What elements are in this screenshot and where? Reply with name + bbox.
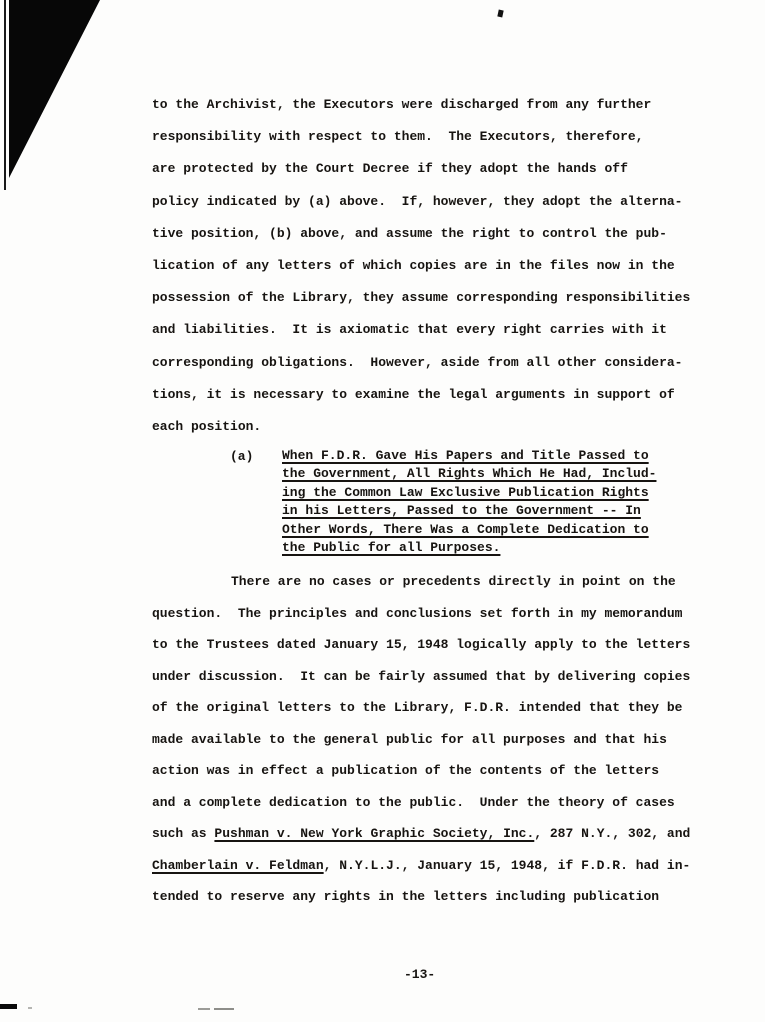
text-line: to the Trustees dated January 15, 1948 l… <box>152 629 690 661</box>
text-segment: to the Trustees dated January 15, 1948 l… <box>152 637 690 652</box>
paragraph-2: There are no cases or precedents directl… <box>152 566 690 913</box>
paragraph-1: to the Archivist, the Executors were dis… <box>152 89 690 443</box>
section-heading-text: When F.D.R. Gave His Papers and Title Pa… <box>282 447 656 557</box>
scan-artifact-dash <box>0 1004 17 1009</box>
scan-artifact-dash <box>198 1008 210 1010</box>
text-line: Chamberlain v. Feldman, N.Y.L.J., Januar… <box>152 850 690 882</box>
text-line: When F.D.R. Gave His Papers and Title Pa… <box>282 447 656 465</box>
scan-corner-fold <box>0 0 120 200</box>
text-line: and liabilities. It is axiomatic that ev… <box>152 314 690 346</box>
text-line: are protected by the Court Decree if the… <box>152 153 690 185</box>
text-line: to the Archivist, the Executors were dis… <box>152 89 690 121</box>
text-segment: made available to the general public for… <box>152 732 667 747</box>
text-segment: There are no cases or precedents directl… <box>231 574 676 589</box>
text-segment: and a complete dedication to the public.… <box>152 795 675 810</box>
section-heading-a: (a) When F.D.R. Gave His Papers and Titl… <box>230 447 656 557</box>
text-line: the Public for all Purposes. <box>282 539 656 557</box>
scan-speck <box>497 10 503 18</box>
text-line: policy indicated by (a) above. If, howev… <box>152 186 690 218</box>
document-page: to the Archivist, the Executors were dis… <box>0 0 765 1022</box>
text-line: and a complete dedication to the public.… <box>152 787 690 819</box>
text-line: of the original letters to the Library, … <box>152 692 690 724</box>
text-segment: such as <box>152 826 214 841</box>
text-segment: question. The principles and conclusions… <box>152 606 683 621</box>
text-line: each position. <box>152 411 690 443</box>
text-line: There are no cases or precedents directl… <box>152 566 690 598</box>
page-number: -13- <box>404 967 435 982</box>
case-citation: Pushman v. New York Graphic Society, Inc… <box>214 826 534 841</box>
text-line: lication of any letters of which copies … <box>152 250 690 282</box>
text-line: Other Words, There Was a Complete Dedica… <box>282 521 656 539</box>
text-line: possession of the Library, they assume c… <box>152 282 690 314</box>
text-line: tended to reserve any rights in the lett… <box>152 881 690 913</box>
text-segment: , 287 N.Y., 302, and <box>534 826 690 841</box>
scan-artifact-dash <box>214 1008 234 1010</box>
text-line: under discussion. It can be fairly assum… <box>152 661 690 693</box>
text-segment: of the original letters to the Library, … <box>152 700 683 715</box>
text-line: made available to the general public for… <box>152 724 690 756</box>
text-line: ing the Common Law Exclusive Publication… <box>282 484 656 502</box>
text-line: action was in effect a publication of th… <box>152 755 690 787</box>
text-segment: under discussion. It can be fairly assum… <box>152 669 690 684</box>
text-line: responsibility with respect to them. The… <box>152 121 690 153</box>
text-line: corresponding obligations. However, asid… <box>152 347 690 379</box>
scan-artifact-dash <box>28 1007 32 1009</box>
text-line: in his Letters, Passed to the Government… <box>282 502 656 520</box>
text-segment: , N.Y.L.J., January 15, 1948, if F.D.R. … <box>324 858 691 873</box>
text-line: the Government, All Rights Which He Had,… <box>282 465 656 483</box>
text-line: tive position, (b) above, and assume the… <box>152 218 690 250</box>
text-line: question. The principles and conclusions… <box>152 598 690 630</box>
text-line: such as Pushman v. New York Graphic Soci… <box>152 818 690 850</box>
section-marker: (a) <box>230 449 253 464</box>
text-segment: tended to reserve any rights in the lett… <box>152 889 659 904</box>
text-segment: action was in effect a publication of th… <box>152 763 659 778</box>
text-line: tions, it is necessary to examine the le… <box>152 379 690 411</box>
case-citation: Chamberlain v. Feldman <box>152 858 324 873</box>
